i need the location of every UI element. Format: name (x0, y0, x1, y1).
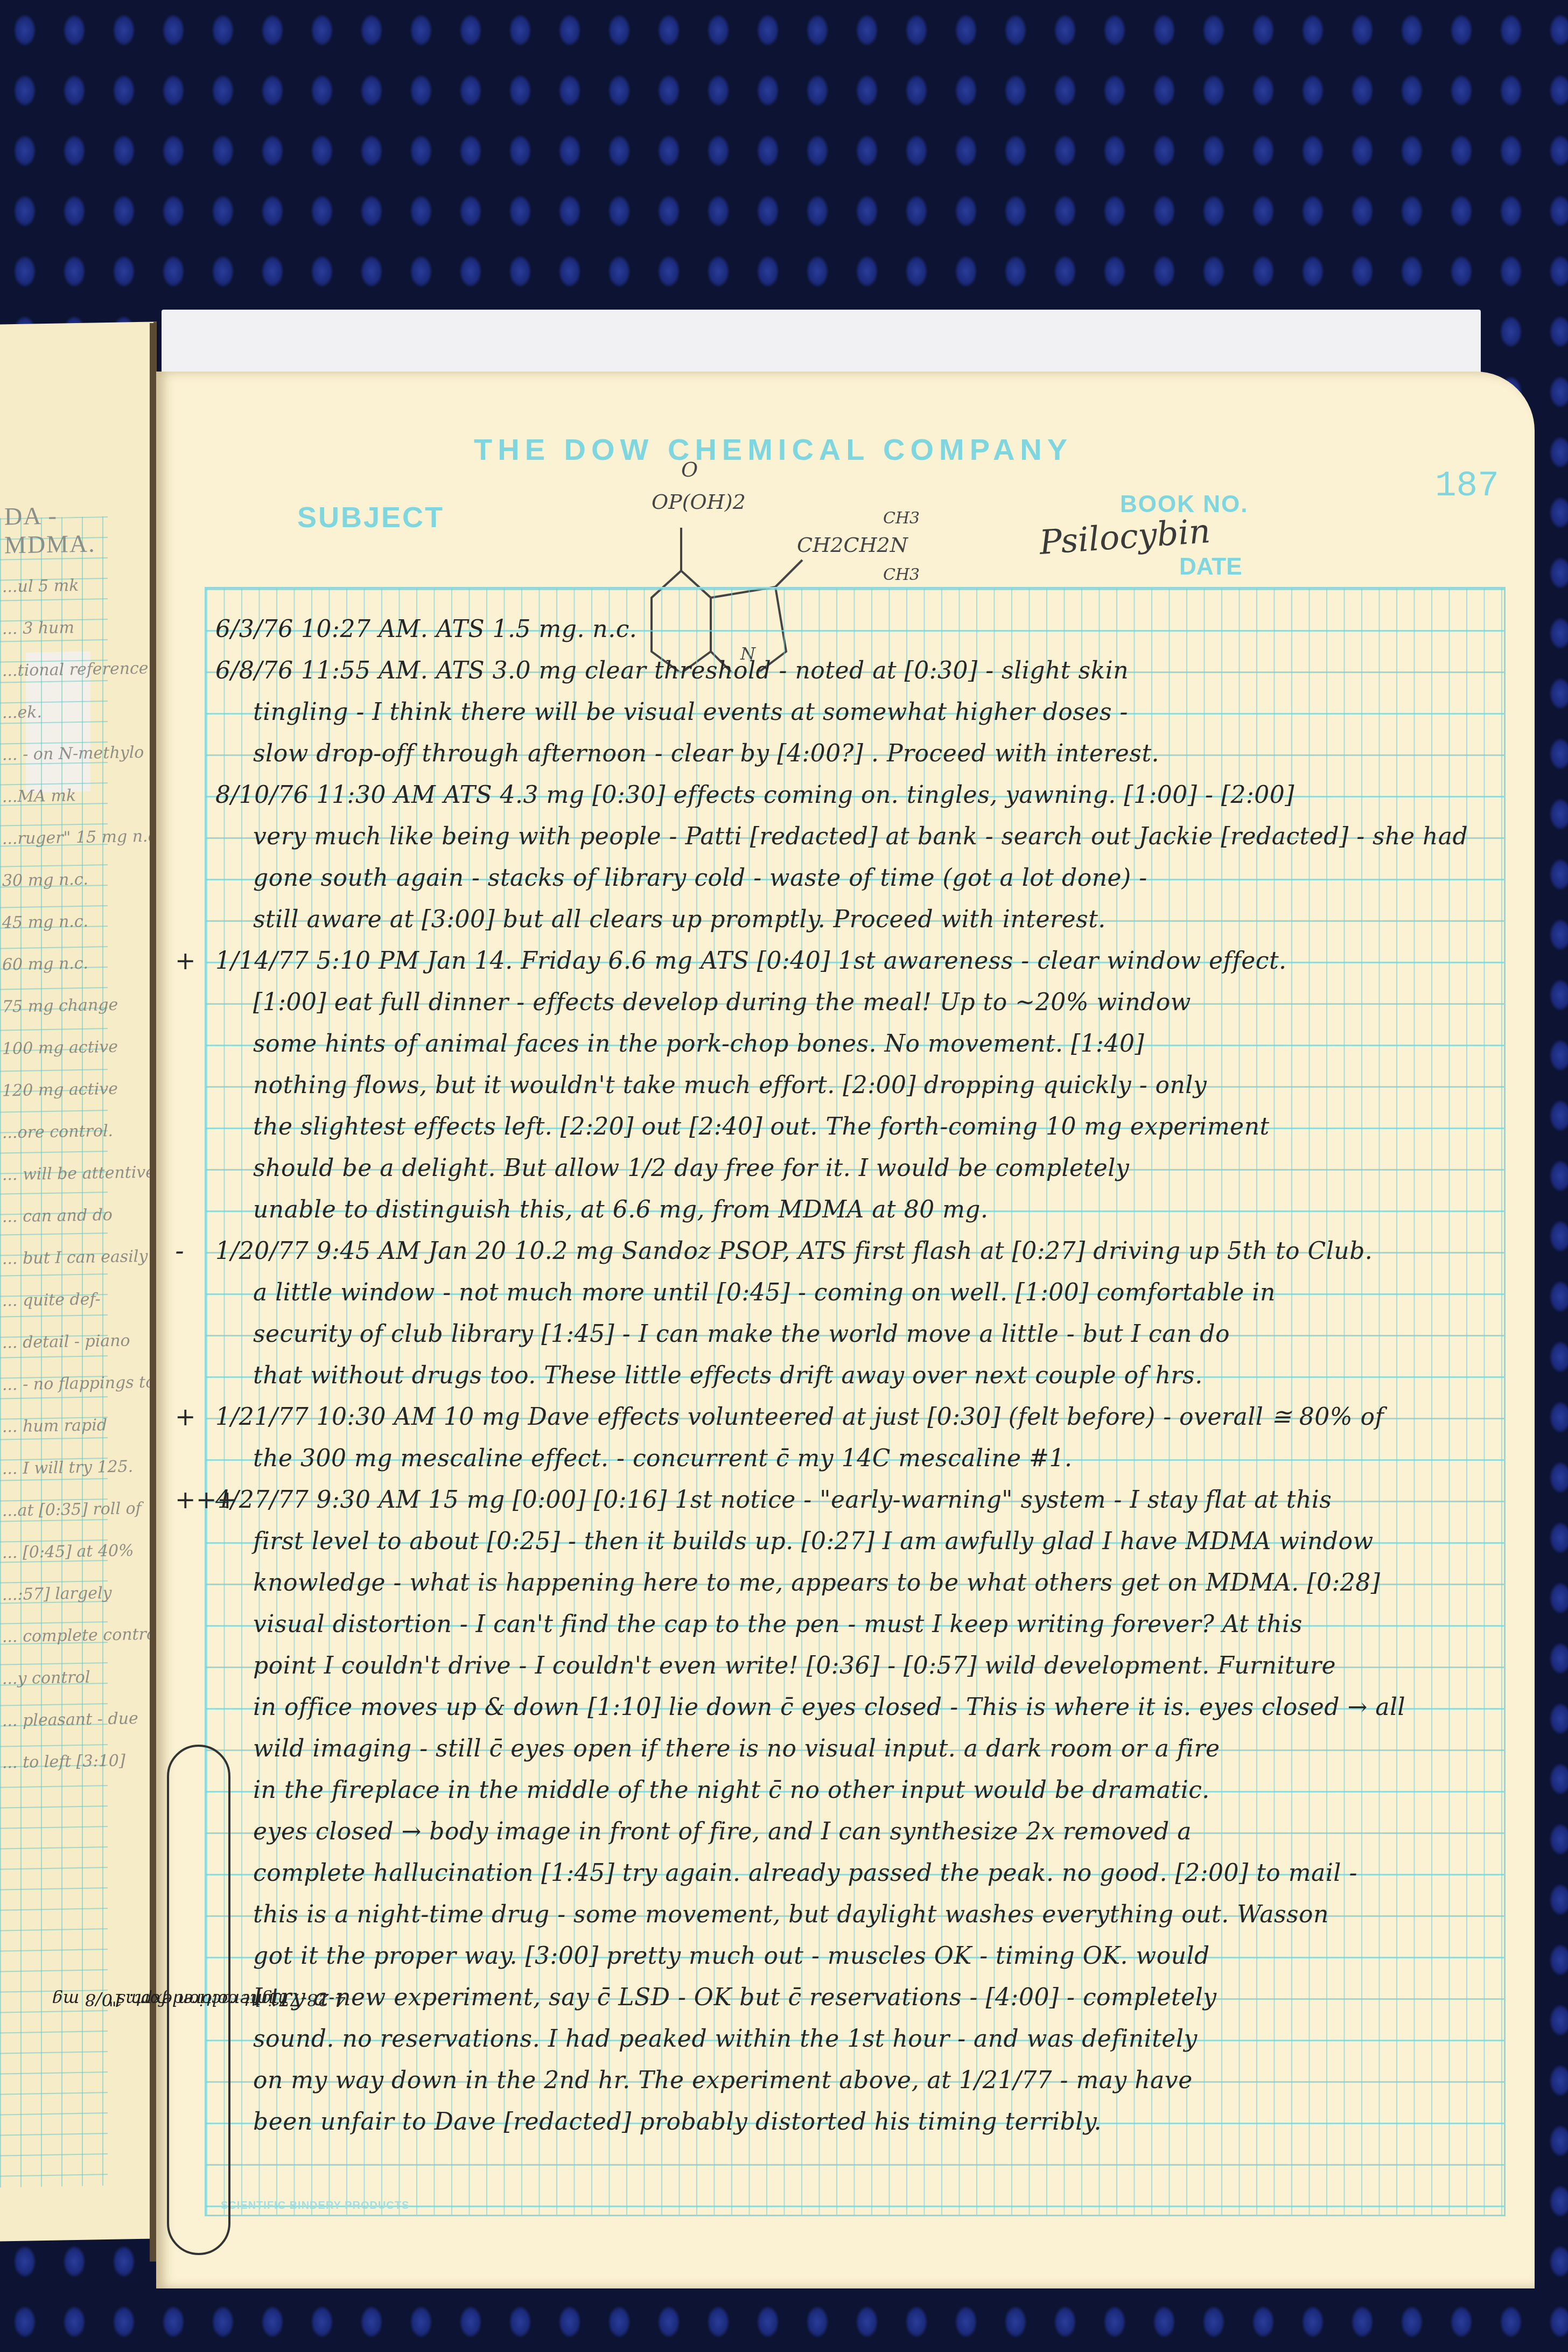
handwritten-text: very much like being with people - Patti… (253, 823, 1468, 850)
handwritten-text: I try a new experiment, say c̄ LSD - OK … (253, 1984, 1217, 2011)
handwritten-text: security of club library [1:45] - I can … (253, 1320, 1230, 1348)
handwritten-text: the 300 mg mescaline effect. - concurren… (253, 1445, 1072, 1472)
entry-line: security of club library [1:45] - I can … (205, 1313, 1508, 1355)
handwritten-text: 1/14/77 5:10 PM Jan 14. Friday 6.6 mg AT… (215, 947, 1287, 975)
structure-oxygen: O (681, 458, 698, 481)
entry-line: complete hallucination [1:45] try again.… (205, 1852, 1508, 1894)
entry-line: slow drop-off through afternoon - clear … (205, 733, 1508, 774)
left-page-fragment: DA - MDMA. ...ul 5 mk... 3 hum...tional … (0, 321, 157, 2241)
left-page-line: ... quite def- (2, 1290, 101, 1310)
notebook-entries: 6/3/76 10:27 AM. ATS 1.5 mg. n.c.6/8/76 … (205, 608, 1508, 2143)
handwritten-text: gone south again - stacks of library col… (253, 864, 1147, 892)
left-page-line: ... - on N-methylo (2, 743, 144, 765)
entry-header-line: -1/20/77 9:45 AM Jan 20 10.2 mg Sandoz P… (205, 1230, 1508, 1272)
handwritten-text: first level to about [0:25] - then it bu… (253, 1528, 1374, 1555)
entry-line: the 300 mg mescaline effect. - concurren… (205, 1438, 1508, 1479)
entry-line: point I couldn't drive - I couldn't even… (205, 1645, 1508, 1686)
handwritten-text: 6/8/76 11:55 AM. ATS 3.0 mg clear thresh… (215, 657, 1129, 684)
entry-line: I try a new experiment, say c̄ LSD - OK … (205, 1977, 1508, 2018)
entry-line: still aware at [3:00] but all clears up … (205, 899, 1508, 940)
left-page-line: ...ul 5 mk (2, 576, 79, 596)
left-page-line: ... but I can easily (2, 1247, 148, 1269)
left-page-line: ...ek. (2, 703, 42, 722)
entry-line: in the fireplace in the middle of the ni… (205, 1769, 1508, 1811)
entry-header-line: 6/3/76 10:27 AM. ATS 1.5 mg. n.c. (205, 608, 1508, 650)
handwritten-text: complete hallucination [1:45] try again.… (253, 1859, 1357, 1887)
handwritten-text: 1/21/77 10:30 AM 10 mg Dave effects volu… (215, 1403, 1384, 1431)
entry-line: on my way down in the 2nd hr. The experi… (205, 2060, 1508, 2101)
entry-header-line: +++4/27/77 9:30 AM 15 mg [0:00] [0:16] 1… (205, 1479, 1508, 1521)
handwritten-text: that without drugs too. These little eff… (253, 1362, 1203, 1389)
handwritten-text: got it the proper way. [3:00] pretty muc… (253, 1942, 1210, 1970)
handwritten-text: point I couldn't drive - I couldn't even… (253, 1652, 1336, 1679)
entry-line: been unfair to Dave [redacted] probably … (205, 2101, 1508, 2143)
handwritten-text: on my way down in the 2nd hr. The experi… (253, 2067, 1193, 2094)
left-page-line: ... - no flappings to (2, 1373, 155, 1395)
entry-line: unable to distinguish this, at 6.6 mg, f… (205, 1189, 1508, 1230)
entry-header-line: +1/14/77 5:10 PM Jan 14. Friday 6.6 mg A… (205, 940, 1508, 982)
handwritten-text: sound. no reservations. I had peaked wit… (253, 2025, 1198, 2053)
entry-header-line: 6/8/76 11:55 AM. ATS 3.0 mg clear thresh… (205, 650, 1508, 691)
handwritten-text: in the fireplace in the middle of the ni… (253, 1776, 1210, 1804)
handwritten-text: in office moves up & down [1:10] lie dow… (253, 1693, 1405, 1721)
subject-label: SUBJECT (297, 501, 444, 534)
entry-line: the slightest effects left. [2:20] out [… (205, 1106, 1508, 1147)
left-page-line: ... can and do (2, 1206, 113, 1227)
entry-line: visual distortion - I can't find the cap… (205, 1604, 1508, 1645)
left-page-line: ... pleasant - due (2, 1709, 138, 1730)
margin-rating-mark: + (175, 940, 196, 982)
handwritten-text: 1/20/77 9:45 AM Jan 20 10.2 mg Sandoz PS… (215, 1237, 1373, 1265)
left-page-line: ... to left [3:10] (2, 1751, 125, 1772)
handwritten-text: eyes closed → body image in front of fir… (253, 1818, 1192, 1845)
handwritten-text: visual distortion - I can't find the cap… (253, 1611, 1303, 1638)
handwritten-text: still aware at [3:00] but all clears up … (253, 906, 1106, 933)
handwritten-text: the slightest effects left. [2:20] out [… (253, 1113, 1270, 1140)
left-page-line: ... I will try 125. (2, 1457, 133, 1478)
structure-methyl-top: CH3 (883, 509, 920, 528)
left-page-line: ...:57] largely (2, 1584, 111, 1605)
left-page-line: 75 mg change (2, 996, 118, 1017)
left-page-line: 45 mg n.c. (2, 912, 88, 933)
handwritten-text: a little window - not much more until [0… (253, 1279, 1276, 1306)
margin-rating-mark: +++ (175, 1479, 238, 1521)
margin-rating-mark: - (175, 1230, 184, 1272)
left-page-line: ...tional reference (2, 659, 149, 681)
handwritten-text: been unfair to Dave [redacted] probably … (253, 2108, 1102, 2136)
left-page-line: ... 3 hum (2, 618, 74, 638)
handwritten-text: knowledge - what is happening here to me… (253, 1569, 1380, 1597)
left-page-title: DA - MDMA. (4, 500, 153, 559)
bindery-stamp: SCIENTIFIC BINDERY PRODUCTS (221, 2200, 409, 2212)
left-page-line: 100 mg active (2, 1038, 118, 1059)
entry-line: this is a night-time drug - some movemen… (205, 1894, 1508, 1935)
left-page-line: ... detail - piano (2, 1331, 130, 1352)
left-page-line: 120 mg active (2, 1080, 118, 1101)
entry-line: a little window - not much more until [0… (205, 1272, 1508, 1313)
notebook-page: THE DOW CHEMICAL COMPANY SUBJECT BOOK NO… (156, 372, 1535, 2288)
notebook-spine (150, 323, 156, 2262)
left-page-line: ... [0:45] at 40% (2, 1541, 134, 1562)
entry-line: nothing flows, but it wouldn't take much… (205, 1065, 1508, 1106)
entry-header-line: 8/10/76 11:30 AM ATS 4.3 mg [0:30] effec… (205, 774, 1508, 816)
left-page-line: 60 mg n.c. (2, 954, 88, 975)
entry-line: [1:00] eat full dinner - effects develop… (205, 982, 1508, 1023)
handwritten-text: 4/27/77 9:30 AM 15 mg [0:00] [0:16] 1st … (215, 1486, 1332, 1514)
handwritten-text: slow drop-off through afternoon - clear … (253, 740, 1159, 767)
entry-line: some hints of animal faces in the pork-c… (205, 1023, 1508, 1065)
date-label: DATE (1179, 554, 1242, 580)
handwritten-text: wild imaging - still c̄ eyes open if the… (253, 1735, 1220, 1762)
handwritten-text: unable to distinguish this, at 6.6 mg, f… (253, 1196, 989, 1223)
left-page-line: ...ruger" 15 mg n.c. (2, 827, 157, 848)
entry-line: first level to about [0:25] - then it bu… (205, 1521, 1508, 1562)
entry-line: tingling - I think there will be visual … (205, 691, 1508, 733)
entry-line: knowledge - what is happening here to me… (205, 1562, 1508, 1604)
structure-methyl-bottom: CH3 (883, 565, 920, 584)
handwritten-text: nothing flows, but it wouldn't take much… (253, 1072, 1207, 1099)
left-page-line: 30 mg n.c. (2, 870, 88, 891)
entry-header-line: +1/21/77 10:30 AM 10 mg Dave effects vol… (205, 1396, 1508, 1438)
entry-line: very much like being with people - Patti… (205, 816, 1508, 857)
entry-line: got it the proper way. [3:00] pretty muc… (205, 1935, 1508, 1977)
entry-line: in office moves up & down [1:10] lie dow… (205, 1686, 1508, 1728)
handwritten-text: [1:00] eat full dinner - effects develop… (253, 989, 1191, 1016)
entry-line: should be a delight. But allow 1/2 day f… (205, 1147, 1508, 1189)
handwritten-text: 6/3/76 10:27 AM. ATS 1.5 mg. n.c. (215, 615, 637, 643)
structure-phosphate: OP(OH)2 (652, 490, 746, 514)
handwritten-text: tingling - I think there will be visual … (253, 698, 1128, 726)
page-number: 187 (1435, 466, 1499, 506)
entry-line: eyes closed → body image in front of fir… (205, 1811, 1508, 1852)
left-page-line: ... complete control (2, 1625, 157, 1646)
entry-line: that without drugs too. These little eff… (205, 1355, 1508, 1396)
left-page-line: ... will be attentive (2, 1163, 155, 1185)
structure-side-chain: CH2CH2N (797, 533, 908, 557)
handwritten-text: some hints of animal faces in the pork-c… (253, 1030, 1144, 1058)
margin-rating-mark: + (175, 1396, 196, 1438)
entry-line: wild imaging - still c̄ eyes open if the… (205, 1728, 1508, 1769)
handwritten-text: this is a night-time drug - some movemen… (253, 1901, 1329, 1928)
handwritten-text: should be a delight. But allow 1/2 day f… (253, 1154, 1129, 1182)
left-page-line: ...at [0:35] roll of (2, 1499, 142, 1521)
entry-line: gone south again - stacks of library col… (205, 857, 1508, 899)
left-page-line: ...MA mk (2, 786, 76, 806)
left-page-line: ... hum rapid (2, 1416, 107, 1436)
left-page-line: ...ore control. (2, 1122, 113, 1143)
entry-line: sound. no reservations. I had peaked wit… (205, 2018, 1508, 2060)
handwritten-text: 8/10/76 11:30 AM ATS 4.3 mg [0:30] effec… (215, 781, 1294, 809)
left-page-line: ...y control (2, 1668, 90, 1689)
